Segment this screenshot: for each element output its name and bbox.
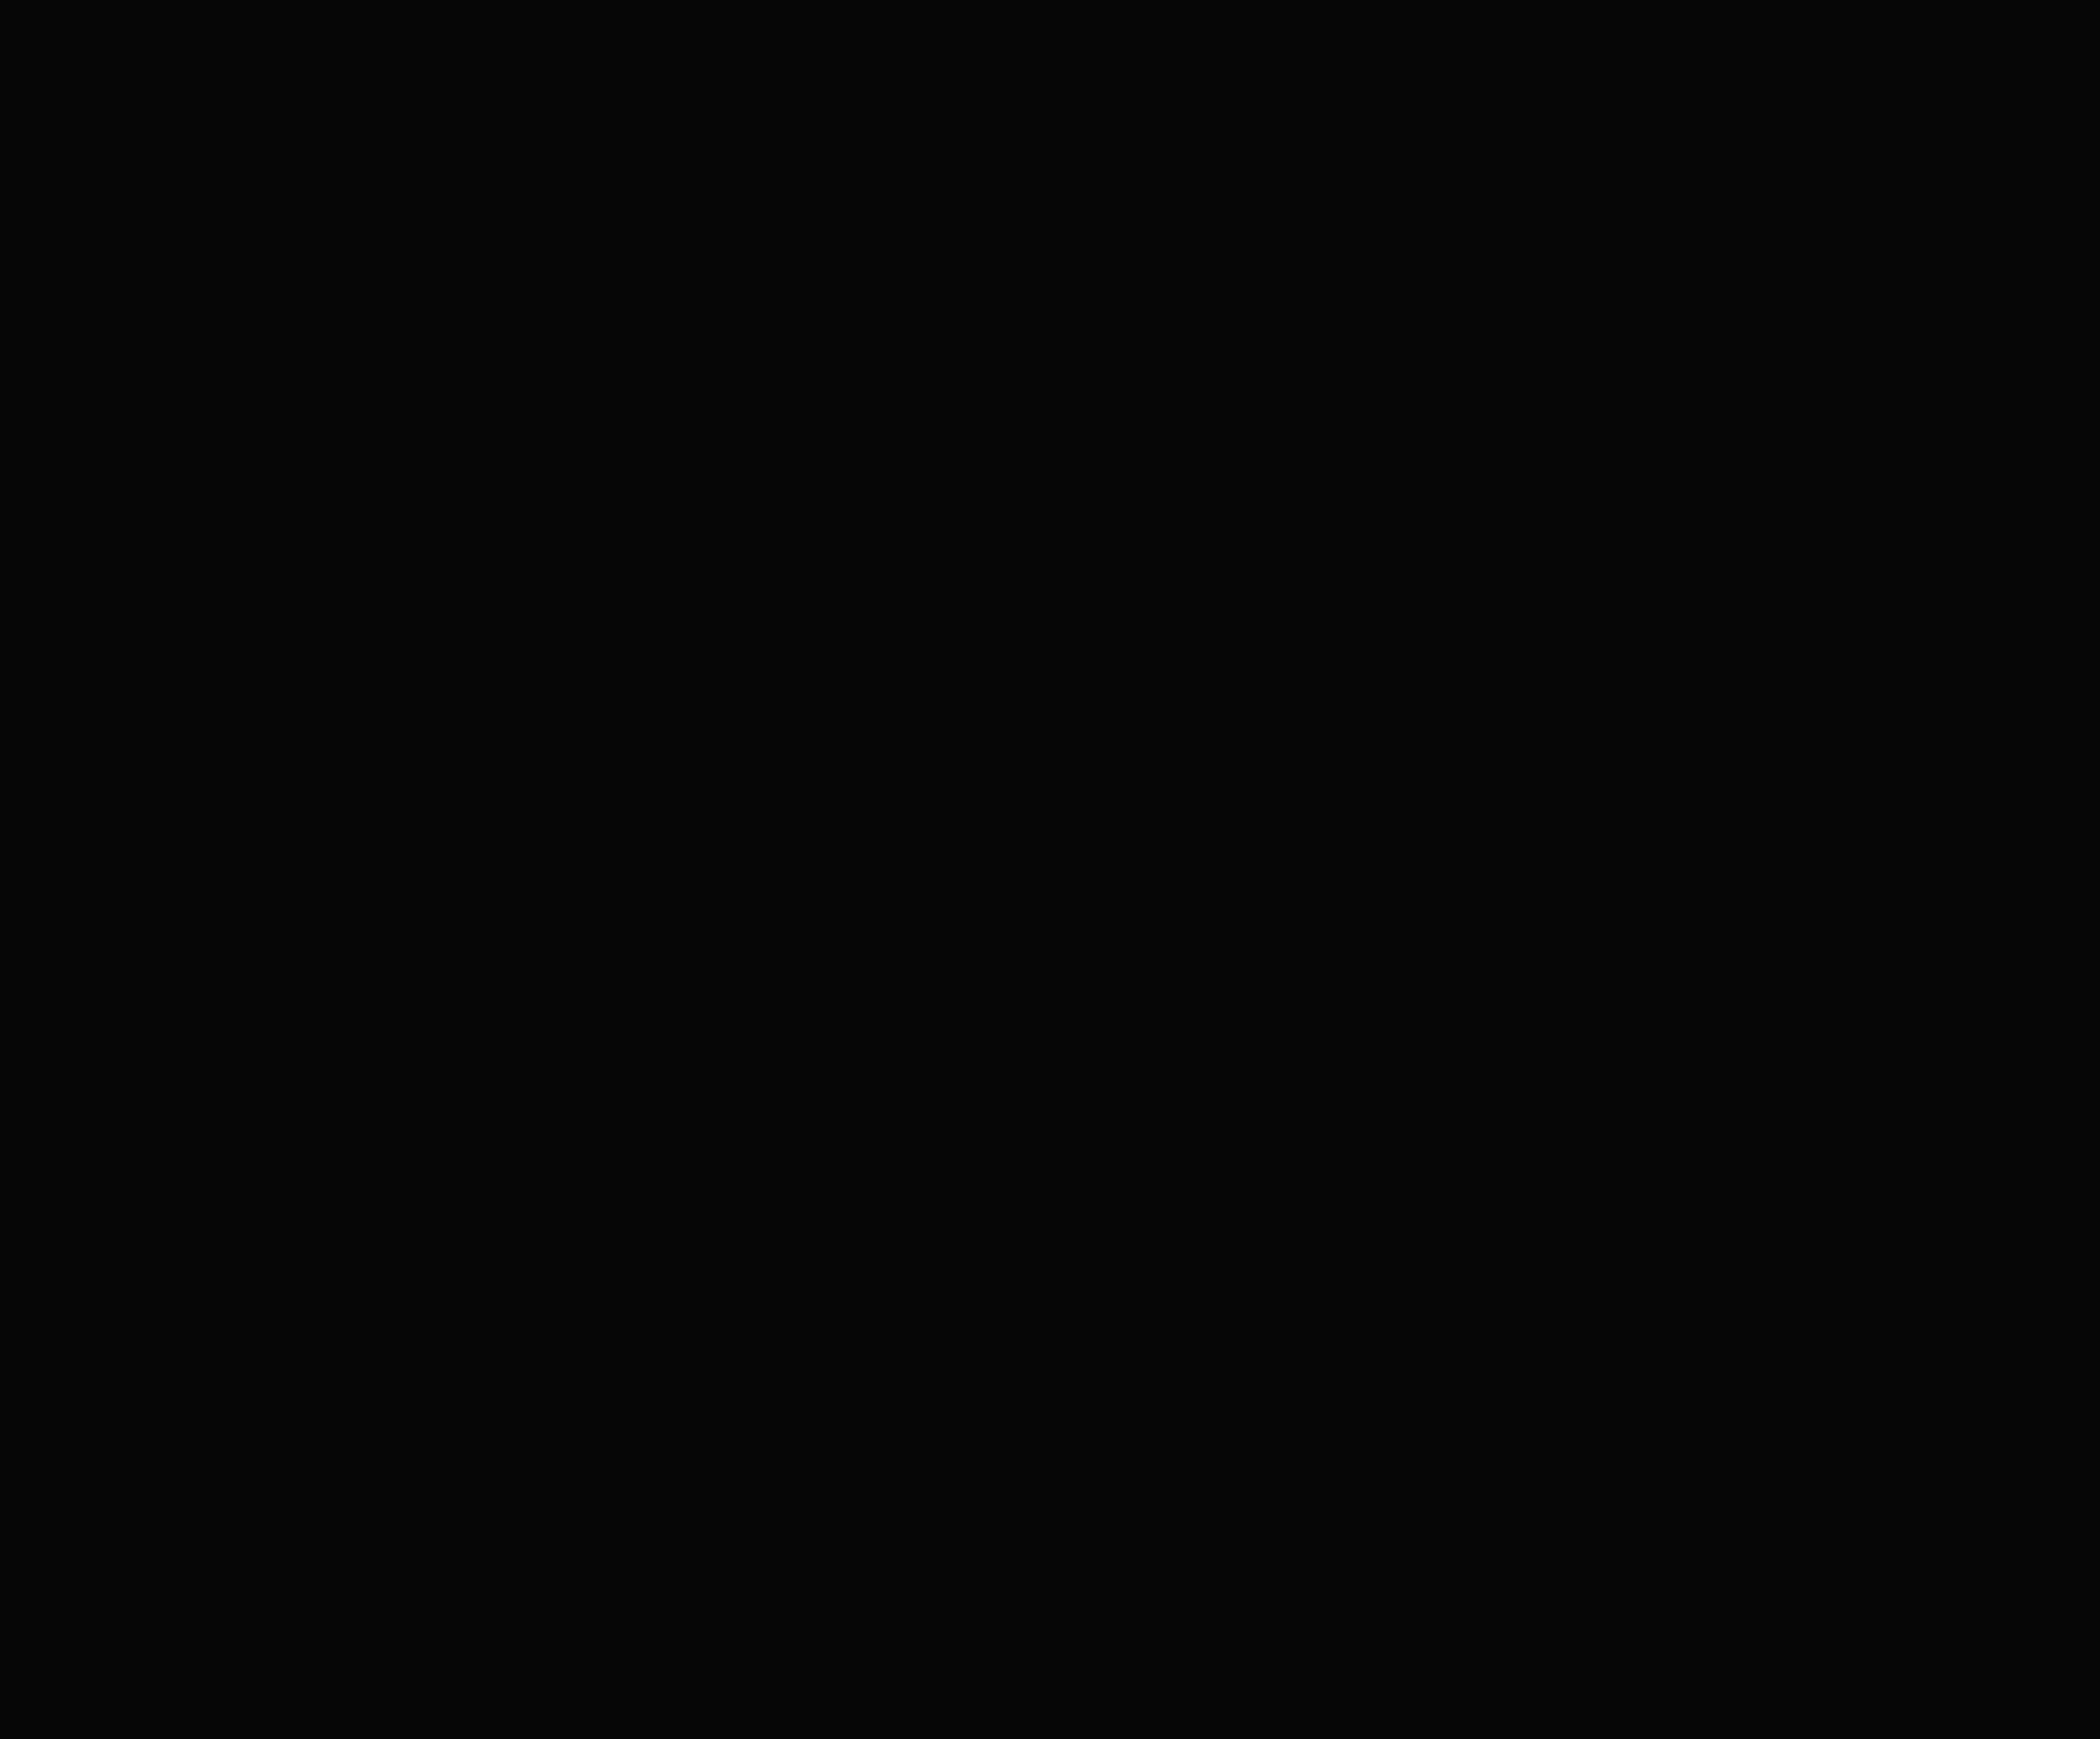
- scan-border-left-shade: [0, 0, 37, 1739]
- scanned-death-certificate: { "margin_notes": { "non_resident": "If …: [0, 0, 2100, 1739]
- scan-border-top: [0, 0, 2100, 1739]
- scan-border-right: [1982, 0, 2100, 1739]
- scan-border-bottom: [0, 1605, 2100, 1739]
